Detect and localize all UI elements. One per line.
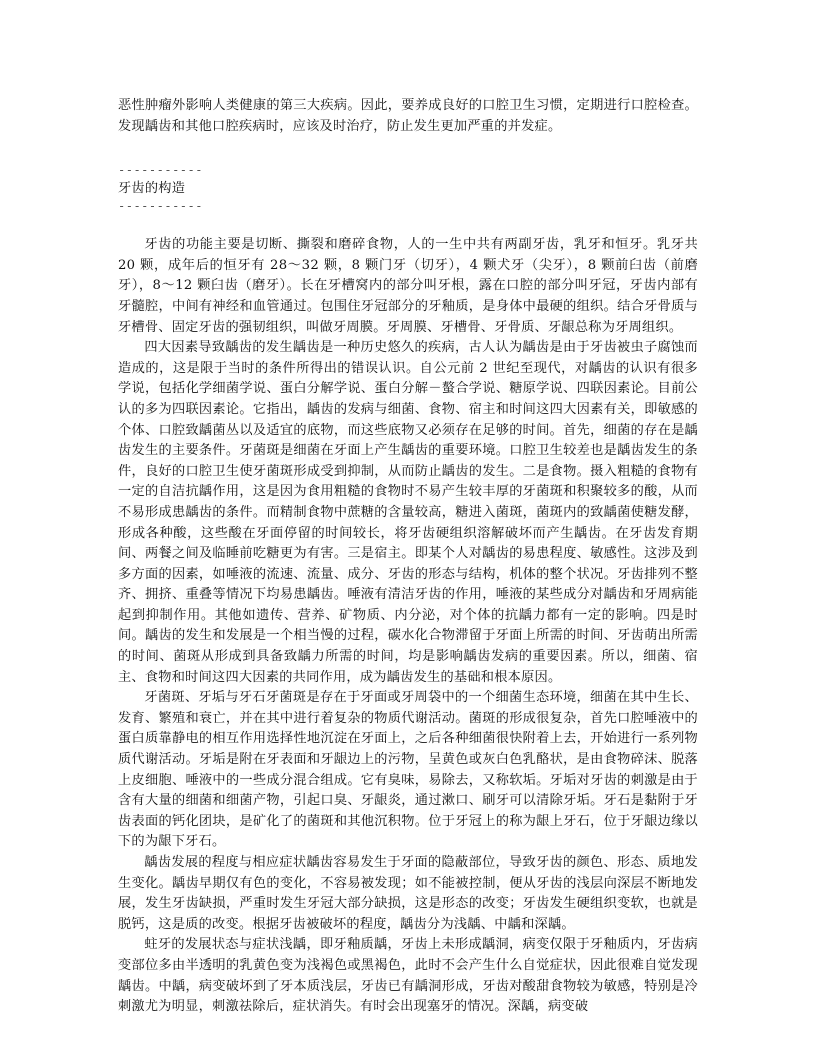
section-divider-top: ----------- (118, 163, 698, 177)
paragraph-caries-progression: 龋齿发展的程度与相应症状龋齿容易发生于牙面的隐蔽部位，导致牙齿的颜色、形态、质地… (118, 853, 698, 935)
paragraph-tooth-structure: 牙齿的功能主要是切断、撕裂和磨碎食物，人的一生中共有两副牙齿，乳牙和恒牙。乳牙共… (118, 235, 698, 338)
paragraph-plaque-tartar: 牙菌斑、牙垢与牙石牙菌斑是存在于牙面或牙周袋中的一个细菌生态环境，细菌在其中生长… (118, 688, 698, 853)
spacer (118, 137, 698, 163)
document-page: 恶性肿瘤外影响人类健康的第三大疾病。因此，要养成良好的口腔卫生习惯，定期进行口腔… (118, 96, 698, 1018)
intro-paragraph: 恶性肿瘤外影响人类健康的第三大疾病。因此，要养成良好的口腔卫生习惯，定期进行口腔… (118, 96, 698, 137)
paragraph-four-factors: 四大因素导致龋齿的发生龋齿是一种历史悠久的疾病，古人认为龋齿是由于牙齿被虫子腐蚀… (118, 338, 698, 688)
spacer (118, 213, 698, 235)
section-divider-bottom: ----------- (118, 199, 698, 213)
section-title: 牙齿的构造 (118, 179, 698, 199)
paragraph-caries-symptoms: 蛀牙的发展状态与症状浅龋，即牙釉质龋，牙齿上未形成龋洞，病变仅限于牙釉质内，牙齿… (118, 935, 698, 1017)
